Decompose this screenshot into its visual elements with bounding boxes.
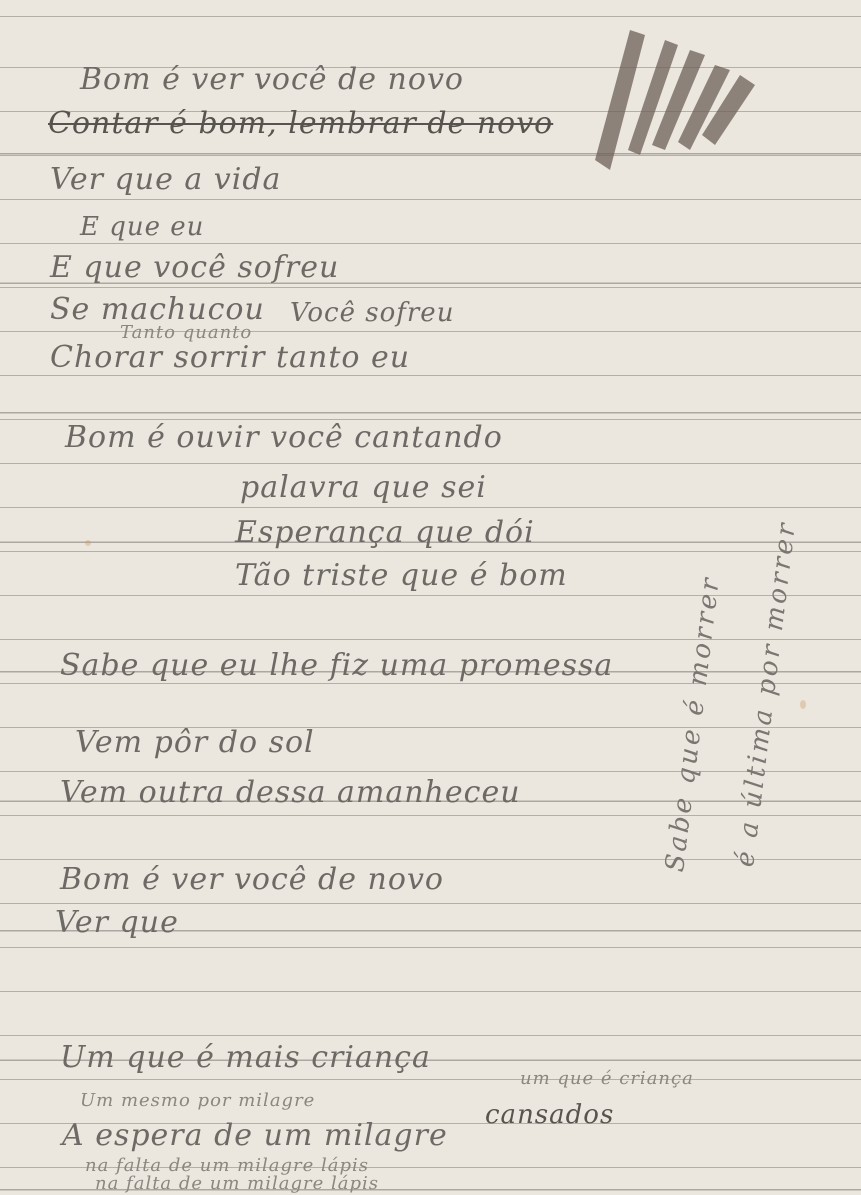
manuscript-page: Bom é ver você de novo Contar é bom, lem… <box>0 0 861 1195</box>
lyric-line: Tão triste que é bom <box>235 558 568 593</box>
lyric-line: Chorar sorrir tanto eu <box>50 340 410 375</box>
lyric-line: Um que é mais criança <box>60 1040 431 1075</box>
lyric-line: Bom é ver você de novo <box>80 62 464 97</box>
lyric-line: Ver que a vida <box>50 162 281 197</box>
lyric-line: na falta de um milagre lápis <box>95 1173 379 1194</box>
lyric-insertion: Você sofreu <box>290 298 454 328</box>
lyric-line: Sabe que eu lhe fiz uma promessa <box>60 648 613 683</box>
lyric-line: Ver que <box>55 905 179 940</box>
lyric-line: E que você sofreu <box>50 250 339 285</box>
lyric-line: Bom é ver você de novo <box>60 862 444 897</box>
lyric-line: palavra que sei <box>240 470 487 505</box>
lyric-line: E que eu <box>80 212 204 242</box>
lyric-line: Bom é ouvir você cantando <box>65 420 503 455</box>
lyric-line: A espera de um milagre <box>62 1118 448 1153</box>
lyric-line: Vem outra dessa amanheceu <box>60 775 521 810</box>
lyric-insertion: cansados <box>485 1100 614 1130</box>
lyric-line-struck: Contar é bom, lembrar de novo <box>48 106 553 141</box>
paper-stain <box>85 540 91 546</box>
lyric-line: Esperança que dói <box>235 515 535 550</box>
paper-stain <box>800 700 806 709</box>
margin-note: um que é criança <box>520 1068 694 1089</box>
lyric-line: Vem pôr do sol <box>75 725 315 760</box>
lyric-line: Um mesmo por milagre <box>80 1090 315 1111</box>
pencil-smudge <box>590 30 760 170</box>
